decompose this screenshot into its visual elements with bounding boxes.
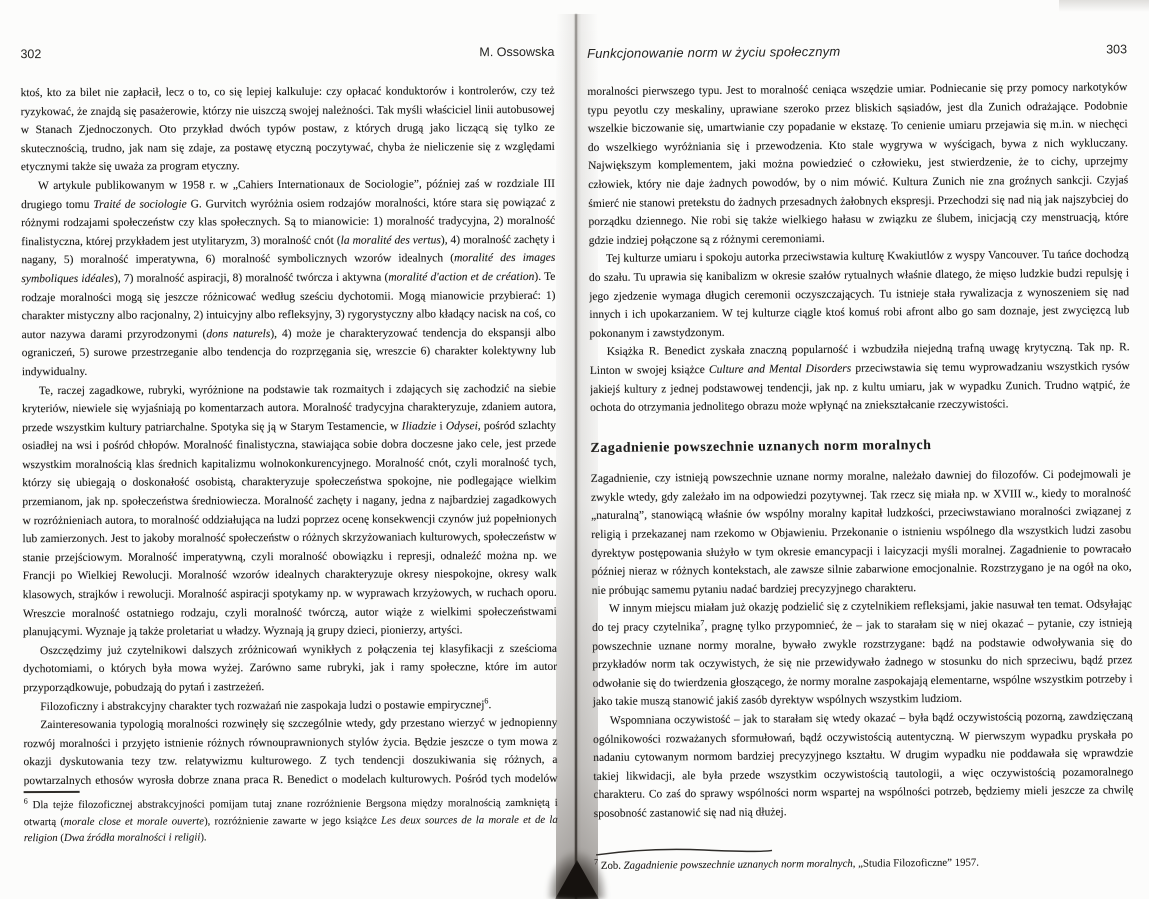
left-page-body: ktoś, kto za bilet nie zapłacił, lecz o … xyxy=(21,82,558,786)
right-page-section-1: moralności pierwszego typu. Jest to mora… xyxy=(587,78,1130,417)
page-left: 302 M. Ossowska ktoś, kto za bilet nie z… xyxy=(20,45,557,786)
right-page-body: moralności pierwszego typu. Jest to mora… xyxy=(587,78,1133,823)
scan-corner-shade xyxy=(1059,0,1149,14)
right-footnote: 7 Zob. Zagadnienie powszechnie uznanych … xyxy=(594,842,1134,874)
paragraph: W artykule publikowanym w 1958 r. w „Cah… xyxy=(21,175,556,382)
left-running-head: M. Ossowska xyxy=(479,45,554,59)
paragraph: Tej kulturze umiaru i spokoju autorka pr… xyxy=(589,246,1130,344)
paragraph: Zagadnienie, czy istnieją powszechnie uz… xyxy=(591,466,1132,601)
right-running-head: Funkcjonowanie norm w życiu społecznym xyxy=(587,44,840,61)
footnote-separator xyxy=(24,791,80,793)
paragraph: Książka R. Benedict zyskała znaczną popu… xyxy=(590,339,1131,418)
right-page-number: 303 xyxy=(1106,42,1127,56)
section-heading: Zagadnienie powszechnie uznanych norm mo… xyxy=(590,434,1130,457)
paragraph: ktoś, kto za bilet nie zapłacił, lecz o … xyxy=(21,82,555,177)
paragraph: Wspomniana oczywistość – jak to starałam… xyxy=(593,707,1134,823)
paragraph: moralności pierwszego typu. Jest to mora… xyxy=(587,78,1128,250)
paragraph: Zainteresowania typologią moralności roz… xyxy=(23,714,557,786)
paragraph: W innym miejscu miałam już okazję podzie… xyxy=(592,596,1133,712)
left-page-header: 302 M. Ossowska xyxy=(20,45,554,63)
footnote-separator xyxy=(594,845,774,857)
paragraph: Filozoficzny i abstrakcyjny charakter ty… xyxy=(23,695,557,716)
page-right: Funkcjonowanie norm w życiu społecznym 3… xyxy=(587,41,1134,823)
right-page-section-2: Zagadnienie, czy istnieją powszechnie uz… xyxy=(591,466,1134,824)
binding-line xyxy=(575,14,577,899)
left-page-number: 302 xyxy=(20,47,41,61)
paragraph: Oszczędzimy już czytelnikowi dalszych zr… xyxy=(23,640,557,698)
footnote-text: 6 Dla tejże filozoficznej abstrakcyjnośc… xyxy=(24,795,558,847)
book-scan: 302 M. Ossowska ktoś, kto za bilet nie z… xyxy=(0,0,1149,899)
footnote-text: 7 Zob. Zagadnienie powszechnie uznanych … xyxy=(594,853,1134,874)
paragraph: Te, raczej zagadkowe, rubryki, wyróżnion… xyxy=(22,379,557,642)
right-page-header: Funkcjonowanie norm w życiu społecznym 3… xyxy=(587,41,1127,62)
left-footnote: 6 Dla tejże filozoficznej abstrakcyjnośc… xyxy=(24,789,558,847)
binding-shadow-tip xyxy=(555,860,599,899)
